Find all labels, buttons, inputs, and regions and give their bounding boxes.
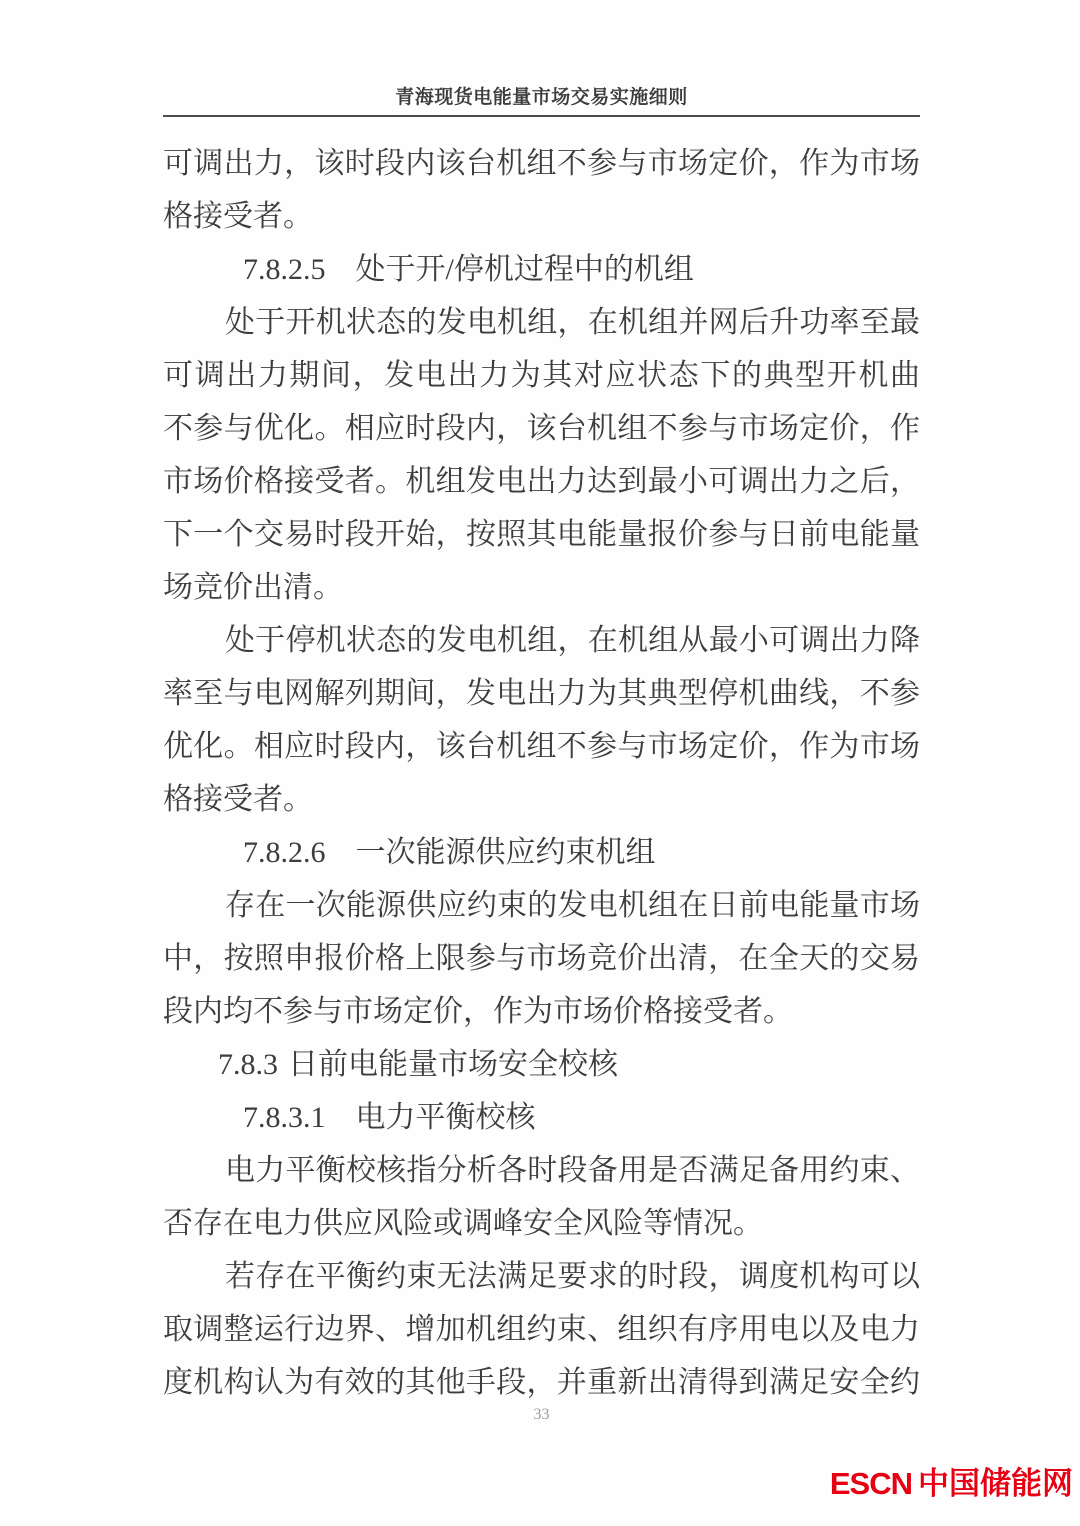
text-line: 可调出力，该时段内该台机组不参与市场定价，作为市场价 <box>163 137 920 190</box>
text-line: 处于停机状态的发电机组，在机组从最小可调出力降功 <box>163 614 920 667</box>
text-line: 市场价格接受者。机组发电出力达到最小可调出力之后，从 <box>163 455 920 508</box>
section-heading: 7.8.3.1电力平衡校核 <box>163 1091 920 1144</box>
escn-logo-latin: ESCN <box>830 1466 912 1501</box>
section-number: 7.8.2.5 <box>243 253 326 286</box>
text-line: 下一个交易时段开始，按照其电能量报价参与日前电能量市 <box>163 508 920 561</box>
running-header-title: 青海现货电能量市场交易实施细则 <box>163 82 920 115</box>
escn-logo-cjk: 中国储能网 <box>918 1466 1073 1501</box>
section-heading: 7.8.3日前电能量市场安全校核 <box>163 1038 920 1091</box>
section-number: 7.8.3.1 <box>243 1101 326 1134</box>
running-header: 青海现货电能量市场交易实施细则 <box>163 0 920 117</box>
text-line: 度机构认为有效的其他手段，并重新出清得到满足安全约束 <box>163 1356 920 1409</box>
section-heading: 7.8.2.5处于开/停机过程中的机组 <box>163 243 920 296</box>
text-line: 格接受者。 <box>163 190 920 243</box>
text-line: 不参与优化。相应时段内，该台机组不参与市场定价，作为 <box>163 402 920 455</box>
text-line: 若存在平衡约束无法满足要求的时段，调度机构可以采 <box>163 1250 920 1303</box>
text-line: 否存在电力供应风险或调峰安全风险等情况。 <box>163 1197 920 1250</box>
section-title: 一次能源供应约束机组 <box>356 836 656 869</box>
text-line: 存在一次能源供应约束的发电机组在日前电能量市场 <box>163 879 920 932</box>
document-body: 可调出力，该时段内该台机组不参与市场定价，作为市场价格接受者。7.8.2.5处于… <box>163 137 920 1409</box>
section-title: 日前电能量市场安全校核 <box>288 1048 618 1081</box>
page-number: 33 <box>163 1406 920 1424</box>
text-line: 率至与电网解列期间，发电出力为其典型停机曲线，不参与 <box>163 667 920 720</box>
text-line: 优化。相应时段内，该台机组不参与市场定价，作为市场价 <box>163 720 920 773</box>
text-line: 取调整运行边界、增加机组约束、组织有序用电以及电力调 <box>163 1303 920 1356</box>
text-line: 段内均不参与市场定价，作为市场价格接受者。 <box>163 985 920 1038</box>
section-title: 电力平衡校核 <box>356 1101 536 1134</box>
text-line: 中，按照申报价格上限参与市场竞价出清，在全天的交易时 <box>163 932 920 985</box>
text-line: 可调出力期间，发电出力为其对应状态下的典型开机曲线， <box>163 349 920 402</box>
text-line: 格接受者。 <box>163 773 920 826</box>
section-title: 处于开/停机过程中的机组 <box>356 253 694 286</box>
document-page: 青海现货电能量市场交易实施细则 可调出力，该时段内该台机组不参与市场定价，作为市… <box>0 0 1080 1526</box>
text-line: 场竞价出清。 <box>163 561 920 614</box>
text-line: 处于开机状态的发电机组，在机组并网后升功率至最小 <box>163 296 920 349</box>
section-heading: 7.8.2.6一次能源供应约束机组 <box>163 826 920 879</box>
header-rule <box>163 115 920 117</box>
escn-logo: ESCN中国储能网 <box>830 1464 1073 1504</box>
section-number: 7.8.3 <box>218 1048 278 1081</box>
text-line: 电力平衡校核指分析各时段备用是否满足备用约束、是 <box>163 1144 920 1197</box>
section-number: 7.8.2.6 <box>243 836 326 869</box>
